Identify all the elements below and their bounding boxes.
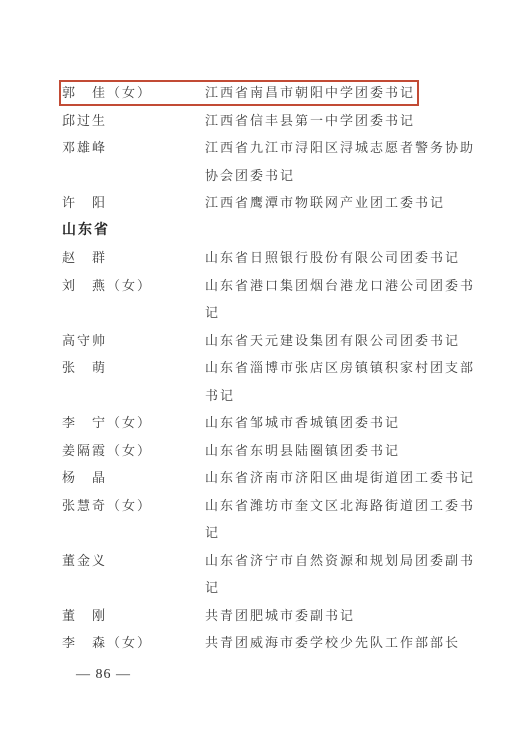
entry-name: 许 阳 [62,189,107,217]
entry-title: 共青团肥城市委副书记 [205,602,483,630]
roster-entry-row: 郭 佳（女）江西省南昌市朝阳中学团委书记 [0,79,528,107]
entry-title: 山东省日照银行股份有限公司团委书记 [205,244,483,272]
entry-title: 山东省东明县陆圈镇团委书记 [205,437,483,465]
entry-title: 山东省济南市济阳区曲堤街道团工委书记 [205,464,483,492]
entry-title: 江西省南昌市朝阳中学团委书记 [205,79,483,107]
entry-name: 李 森（女） [62,629,152,657]
entry-title: 山东省港口集团烟台港龙口港公司团委书记 [205,272,483,327]
roster-entry-row: 李 森（女）共青团威海市委学校少先队工作部部长 [0,629,528,657]
roster-entry-row: 李 宁（女）山东省邹城市香城镇团委书记 [0,409,528,437]
roster-entry-row: 邓雄峰江西省九江市浔阳区浔城志愿者警务协助协会团委书记 [0,134,528,189]
entry-title: 江西省鹰潭市物联网产业团工委书记 [205,189,483,217]
entry-name: 张慧奇（女） [62,492,152,520]
entry-name: 邓雄峰 [62,134,107,162]
roster-entry-row: 董 刚共青团肥城市委副书记 [0,602,528,630]
section-header: 山东省 [0,217,528,245]
roster-entry-row: 张慧奇（女）山东省潍坊市奎文区北海路街道团工委书记 [0,492,528,547]
document-page: 郭 佳（女）江西省南昌市朝阳中学团委书记邱过生江西省信丰县第一中学团委书记邓雄峰… [0,0,528,746]
entry-name: 刘 燕（女） [62,272,152,300]
entry-title: 山东省淄博市张店区房镇镇积家村团支部书记 [205,354,483,409]
entry-title: 共青团威海市委学校少先队工作部部长 [205,629,483,657]
roster-entry-row: 姜隔霞（女）山东省东明县陆圈镇团委书记 [0,437,528,465]
roster-entry-row: 张 萌山东省淄博市张店区房镇镇积家村团支部书记 [0,354,528,409]
roster-entry-row: 董金义山东省济宁市自然资源和规划局团委副书记 [0,547,528,602]
entry-name: 杨 晶 [62,464,107,492]
roster-list: 郭 佳（女）江西省南昌市朝阳中学团委书记邱过生江西省信丰县第一中学团委书记邓雄峰… [0,79,528,657]
entry-title: 山东省天元建设集团有限公司团委书记 [205,327,483,355]
entry-name: 李 宁（女） [62,409,152,437]
roster-entry-row: 赵 群山东省日照银行股份有限公司团委书记 [0,244,528,272]
entry-name: 高守帅 [62,327,107,355]
roster-entry-row: 刘 燕（女）山东省港口集团烟台港龙口港公司团委书记 [0,272,528,327]
entry-title: 江西省九江市浔阳区浔城志愿者警务协助协会团委书记 [205,134,483,189]
entry-title: 江西省信丰县第一中学团委书记 [205,107,483,135]
entry-name: 赵 群 [62,244,107,272]
roster-entry-row: 邱过生江西省信丰县第一中学团委书记 [0,107,528,135]
entry-name: 邱过生 [62,107,107,135]
entry-name: 姜隔霞（女） [62,437,152,465]
entry-name: 董 刚 [62,602,107,630]
roster-entry-row: 杨 晶山东省济南市济阳区曲堤街道团工委书记 [0,464,528,492]
entry-title: 山东省济宁市自然资源和规划局团委副书记 [205,547,483,602]
roster-entry-row: 许 阳江西省鹰潭市物联网产业团工委书记 [0,189,528,217]
entry-name: 张 萌 [62,354,107,382]
entry-title: 山东省潍坊市奎文区北海路街道团工委书记 [205,492,483,547]
roster-entry-row: 高守帅山东省天元建设集团有限公司团委书记 [0,327,528,355]
entry-title: 山东省邹城市香城镇团委书记 [205,409,483,437]
entry-name: 董金义 [62,547,107,575]
entry-name: 郭 佳（女） [62,79,152,107]
page-number: — 86 — [76,667,131,683]
